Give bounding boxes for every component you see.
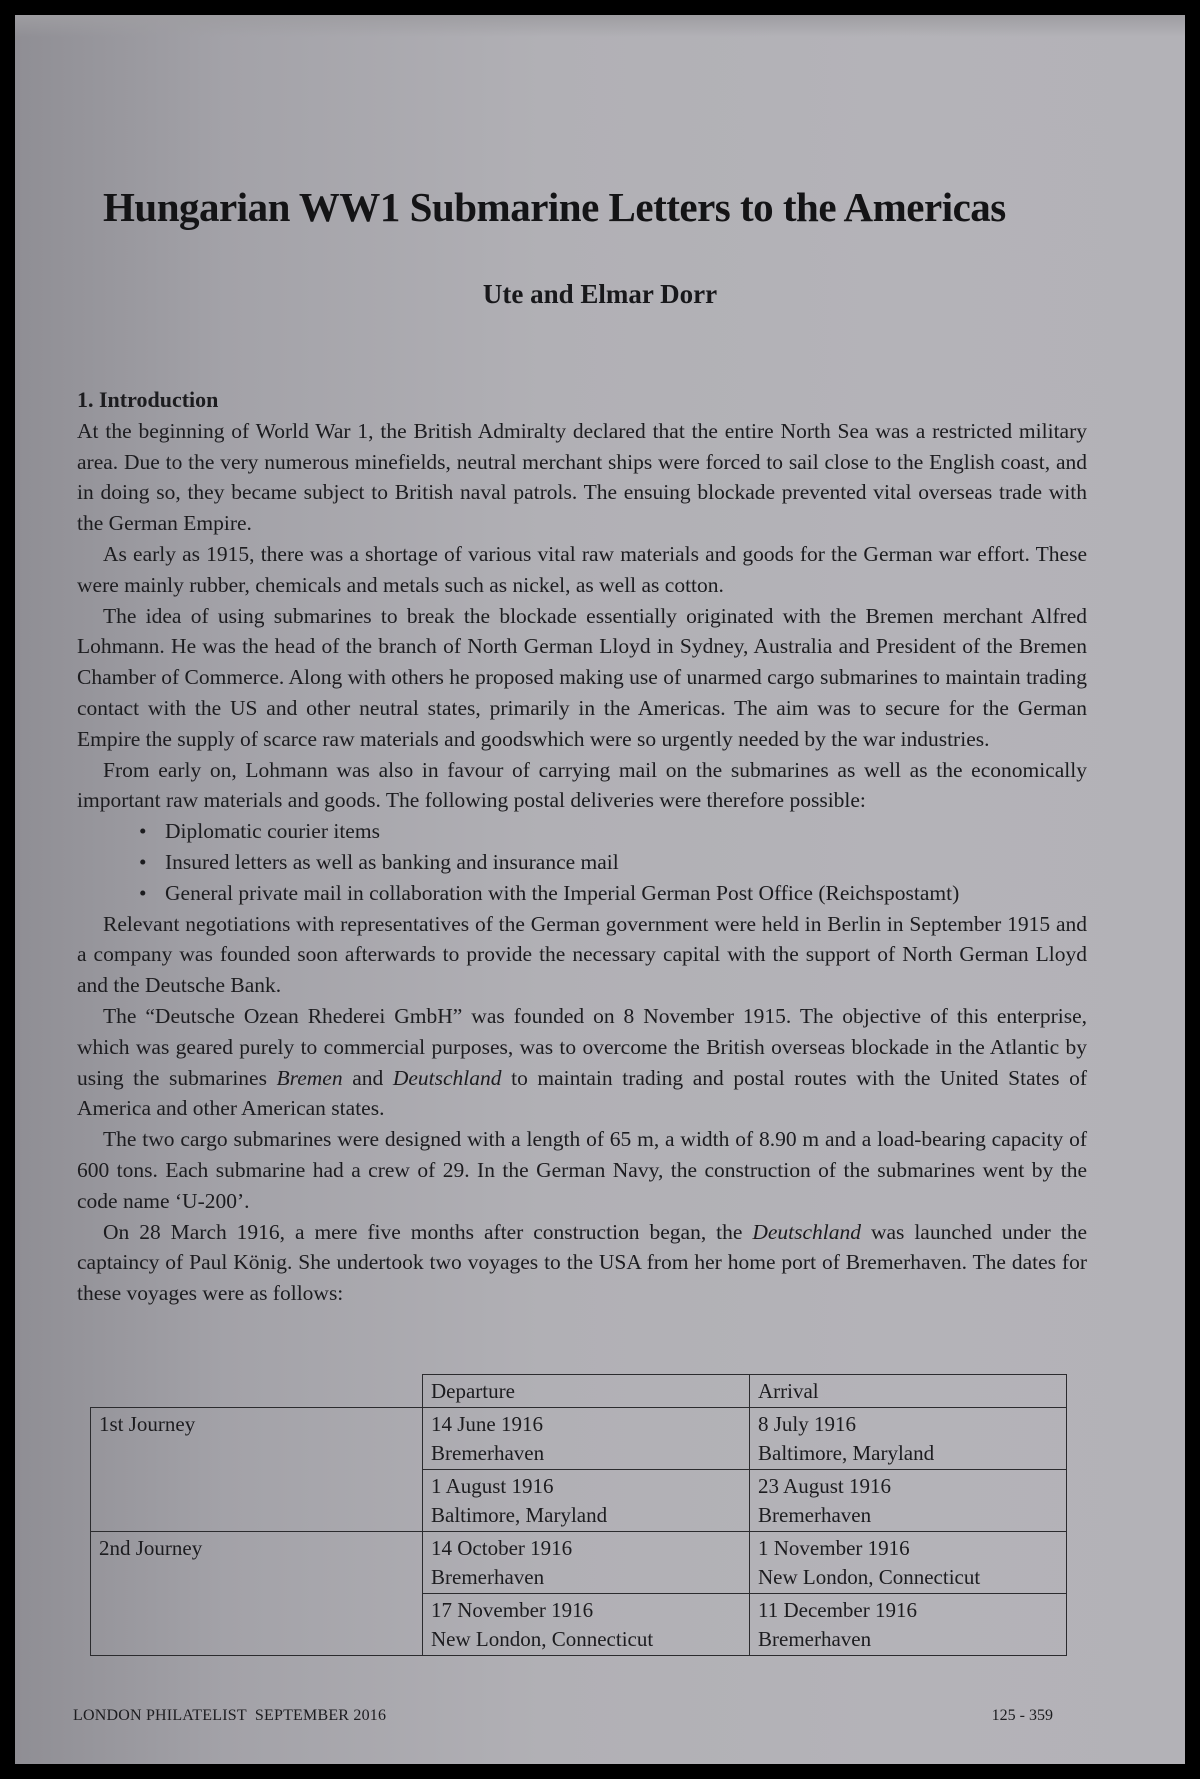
- arrival-cell: 11 December 1916Bremerhaven: [750, 1594, 1067, 1656]
- section-heading: 1. Introduction: [77, 385, 1087, 416]
- table-row: 1st Journey 14 June 1916Bremerhaven 8 Ju…: [91, 1408, 1067, 1470]
- paragraph: From early on, Lohmann was also in favou…: [77, 755, 1087, 817]
- text-run: On 28 March 1916, a mere five months aft…: [103, 1220, 752, 1244]
- article-title: Hungarian WW1 Submarine Letters to the A…: [103, 183, 1093, 231]
- arrival-date: 1 November 1916: [758, 1534, 1058, 1563]
- paragraph: The two cargo submarines were designed w…: [77, 1124, 1087, 1216]
- publication-footer: LONDON PHILATELIST SEPTEMBER 2016: [73, 1707, 386, 1725]
- table-row: 2nd Journey 14 October 1916Bremerhaven 1…: [91, 1532, 1067, 1594]
- departure-cell: 14 June 1916Bremerhaven: [423, 1408, 750, 1470]
- arrival-cell: 1 November 1916New London, Connecticut: [750, 1532, 1067, 1594]
- paragraph: The idea of using submarines to break th…: [77, 601, 1087, 755]
- departure-date: 14 October 1916: [431, 1534, 741, 1563]
- departure-cell: 14 October 1916Bremerhaven: [423, 1532, 750, 1594]
- departure-place: Baltimore, Maryland: [431, 1501, 741, 1530]
- voyage-table: Departure Arrival 1st Journey 14 June 19…: [90, 1374, 1067, 1656]
- departure-cell: 1 August 1916Baltimore, Maryland: [423, 1470, 750, 1532]
- arrival-date: 8 July 1916: [758, 1410, 1058, 1439]
- header-arrival: Arrival: [750, 1375, 1067, 1408]
- arrival-cell: 8 July 1916Baltimore, Maryland: [750, 1408, 1067, 1470]
- departure-cell: 17 November 1916New London, Connecticut: [423, 1594, 750, 1656]
- document-page: Hungarian WW1 Submarine Letters to the A…: [15, 15, 1185, 1764]
- arrival-place: Baltimore, Maryland: [758, 1439, 1058, 1468]
- list-item: Diplomatic courier items: [165, 816, 1087, 847]
- header-departure: Departure: [423, 1375, 750, 1408]
- departure-place: Bremerhaven: [431, 1439, 741, 1468]
- arrival-place: Bremerhaven: [758, 1501, 1058, 1530]
- arrival-place: Bremerhaven: [758, 1625, 1058, 1654]
- departure-place: New London, Connecticut: [431, 1625, 741, 1654]
- journey-label: 1st Journey: [91, 1408, 423, 1532]
- list-item: General private mail in collaboration wi…: [165, 878, 1087, 909]
- ship-name: Bremen: [277, 1066, 343, 1090]
- arrival-place: New London, Connecticut: [758, 1563, 1058, 1592]
- article-authors: Ute and Elmar Dorr: [15, 279, 1185, 310]
- paragraph: At the beginning of World War 1, the Bri…: [77, 416, 1087, 539]
- paragraph: On 28 March 1916, a mere five months aft…: [77, 1217, 1087, 1309]
- article-body: 1. Introduction At the beginning of Worl…: [77, 385, 1087, 1309]
- table-header-row: Departure Arrival: [91, 1375, 1067, 1408]
- ship-name: Deutschland: [393, 1066, 502, 1090]
- departure-place: Bremerhaven: [431, 1563, 741, 1592]
- arrival-cell: 23 August 1916Bremerhaven: [750, 1470, 1067, 1532]
- departure-date: 1 August 1916: [431, 1472, 741, 1501]
- postal-deliveries-list: Diplomatic courier items Insured letters…: [77, 816, 1087, 908]
- list-item: Insured letters as well as banking and i…: [165, 847, 1087, 878]
- arrival-date: 11 December 1916: [758, 1596, 1058, 1625]
- departure-date: 14 June 1916: [431, 1410, 741, 1439]
- paragraph: As early as 1915, there was a shortage o…: [77, 539, 1087, 601]
- ship-name: Deutschland: [752, 1220, 861, 1244]
- paragraph: The “Deutsche Ozean Rhederei GmbH” was f…: [77, 1001, 1087, 1124]
- page-number: 125 - 359: [992, 1707, 1053, 1725]
- text-run: and: [343, 1066, 393, 1090]
- arrival-date: 23 August 1916: [758, 1472, 1058, 1501]
- journey-label: 2nd Journey: [91, 1532, 423, 1656]
- paragraph: Relevant negotiations with representativ…: [77, 909, 1087, 1001]
- departure-date: 17 November 1916: [431, 1596, 741, 1625]
- blank-header-cell: [91, 1375, 423, 1408]
